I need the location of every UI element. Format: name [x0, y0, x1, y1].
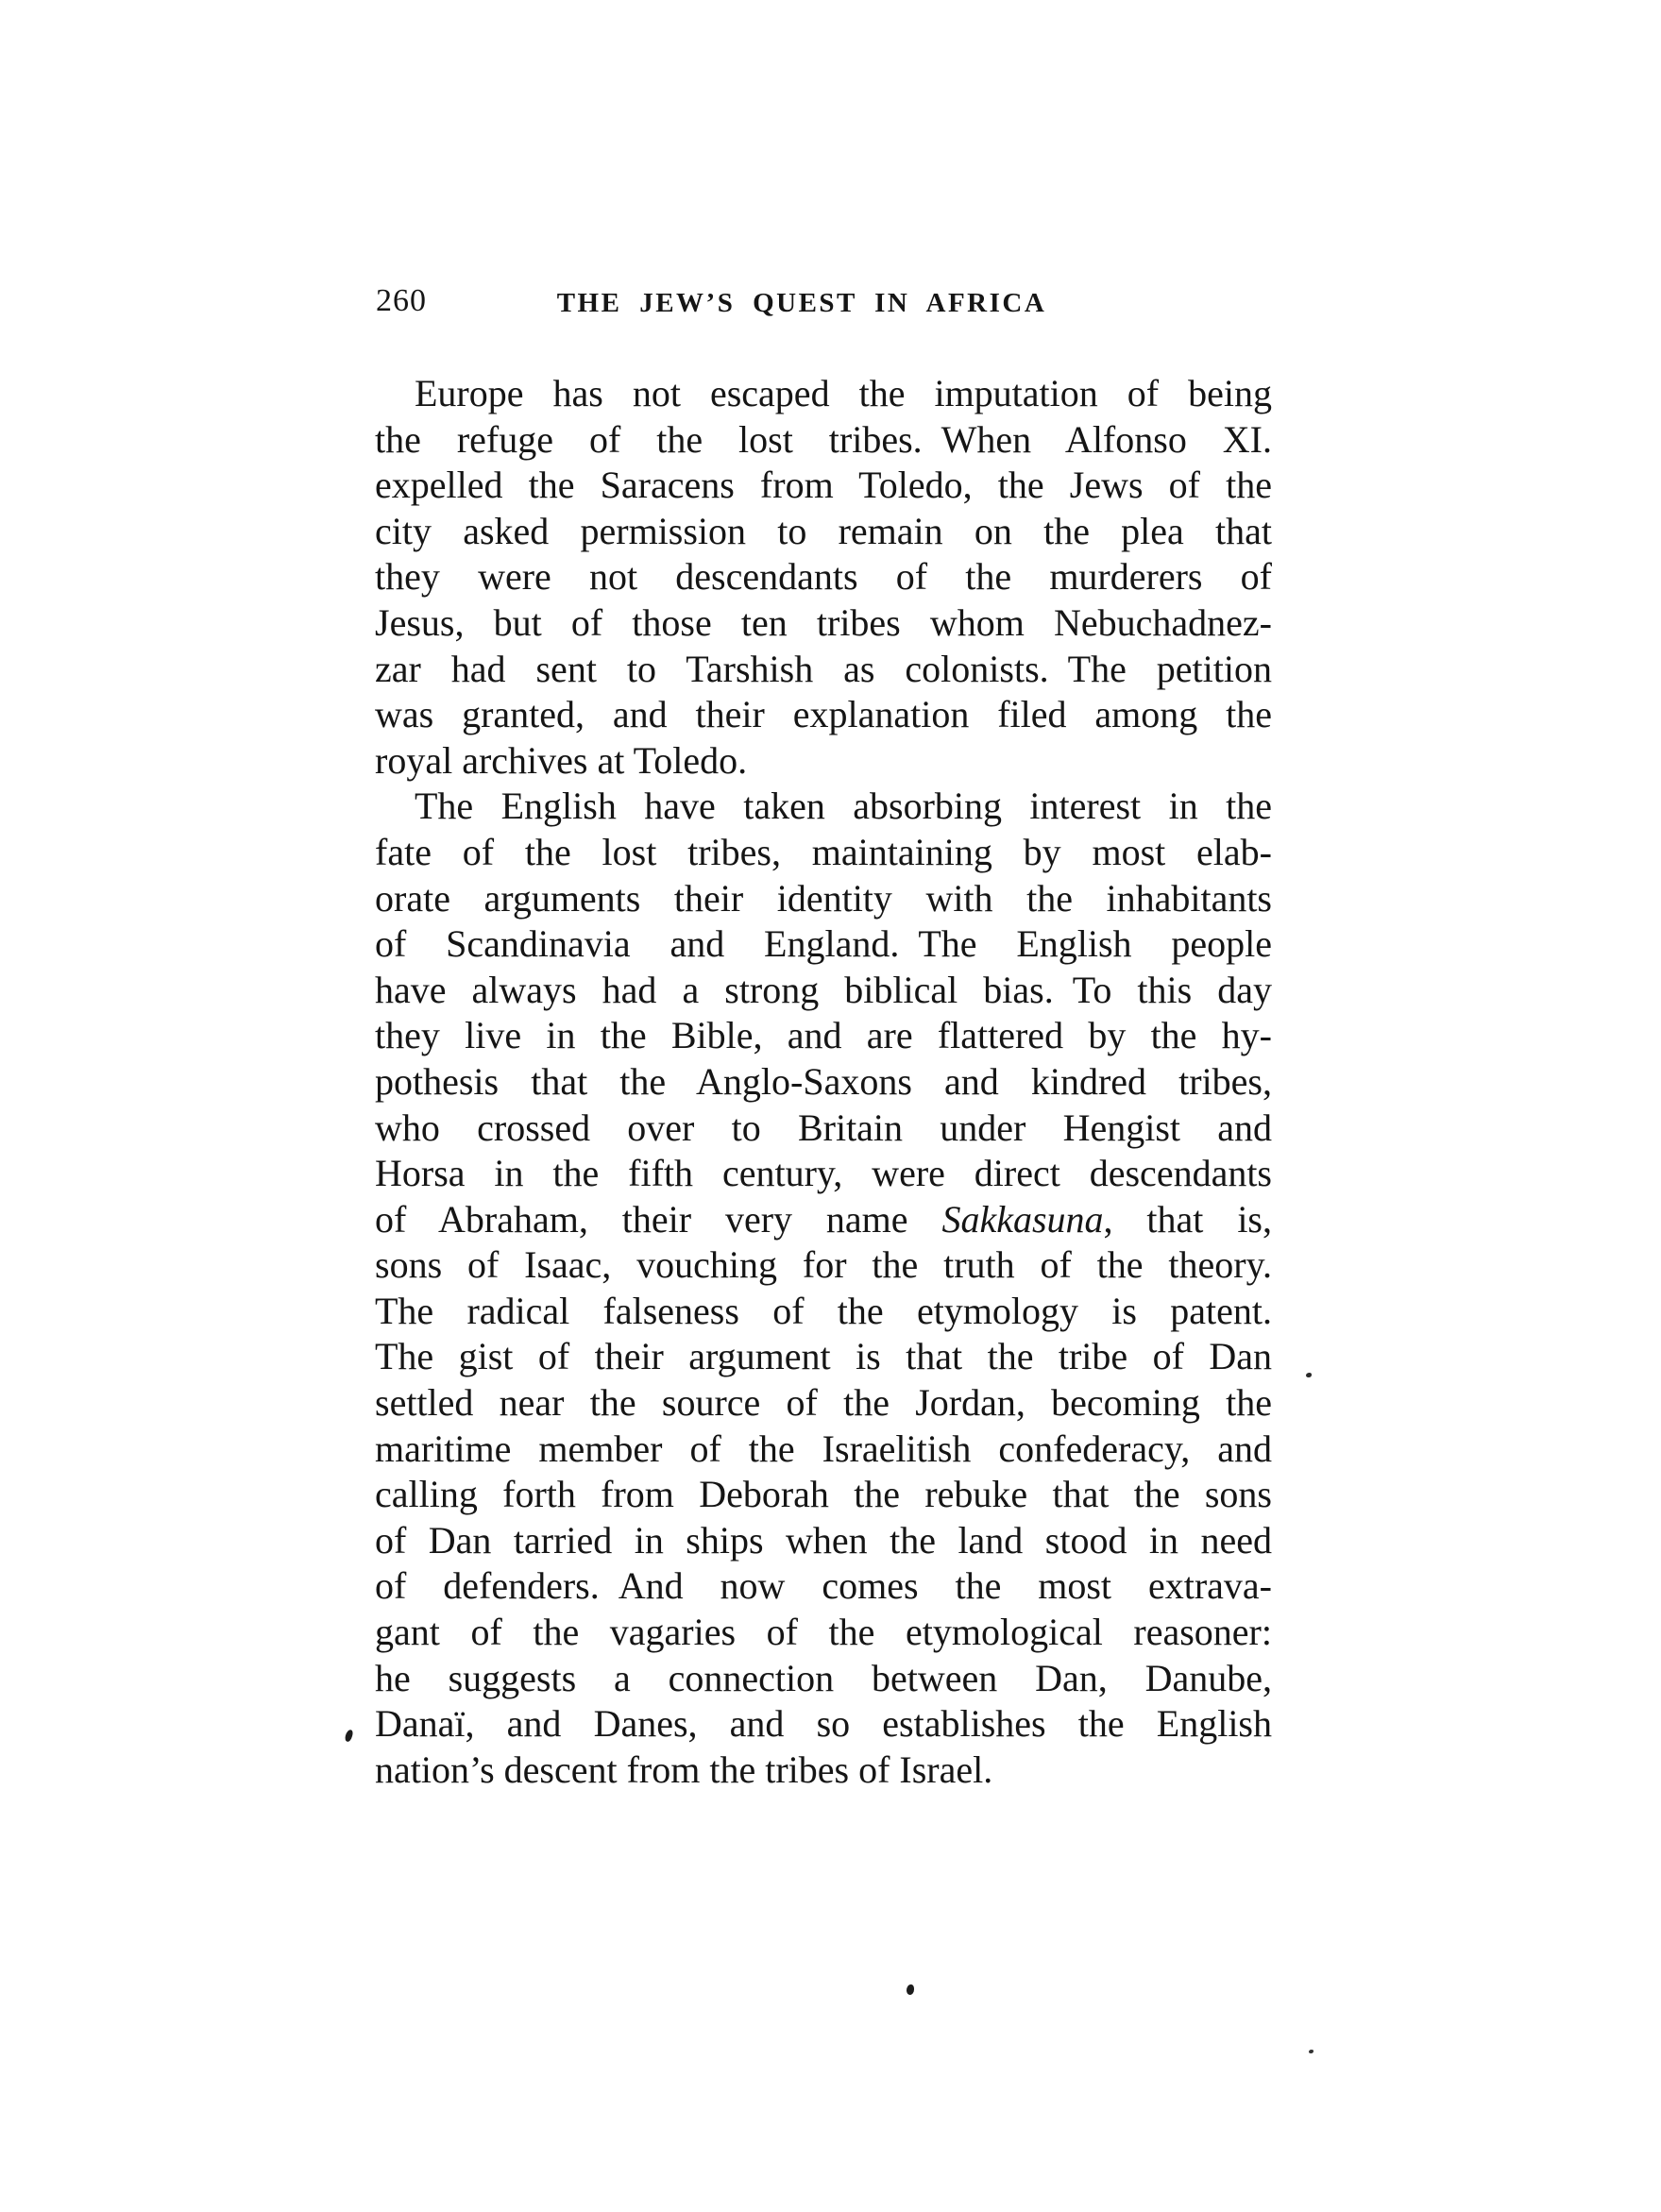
book-page: 260 THE JEW’S QUEST IN AFRICA Europe has…: [0, 0, 1661, 2212]
text-line: The gist of their argument is that the t…: [375, 1334, 1272, 1380]
ink-speck: [907, 1984, 914, 1995]
text-line: sons of Isaac, vouching for the truth of…: [375, 1242, 1272, 1289]
text-line: pothesis that the Anglo-Saxons and kindr…: [375, 1059, 1272, 1106]
text-line: maritime member of the Israelitish confe…: [375, 1427, 1272, 1473]
text-line: of Abraham, their very name Sakkasuna, t…: [375, 1197, 1272, 1243]
text-line: of defenders. And now comes the most ext…: [375, 1563, 1272, 1610]
italic-word: Sakkasuna: [941, 1198, 1103, 1241]
text-line: gant of the vagaries of the etymological…: [375, 1610, 1272, 1656]
text-line: orate arguments their identity with the …: [375, 876, 1272, 922]
text-line: of Scandinavia and England. The English …: [375, 921, 1272, 968]
text-line: they were not descendants of the murdere…: [375, 554, 1272, 600]
text-line: fate of the lost tribes, maintaining by …: [375, 830, 1272, 876]
text-line: have always had a strong biblical bias. …: [375, 968, 1272, 1014]
text-line: settled near the source of the Jordan, b…: [375, 1380, 1272, 1427]
text-line: expelled the Saracens from Toledo, the J…: [375, 463, 1272, 509]
text-line: who crossed over to Britain under Hengis…: [375, 1106, 1272, 1152]
page-header: 260 THE JEW’S QUEST IN AFRICA: [375, 282, 1272, 324]
text-line: zar had sent to Tarshish as colonists. T…: [375, 647, 1272, 693]
text-line: they live in the Bible, and are flattere…: [375, 1013, 1272, 1059]
body-text: Europe has not escaped the imputation of…: [375, 371, 1272, 1793]
text-line: Jesus, but of those ten tribes whom Nebu…: [375, 600, 1272, 647]
text-line: The radical falseness of the etymology i…: [375, 1289, 1272, 1335]
ink-speck: [345, 1729, 354, 1742]
text-line: nation’s descent from the tribes of Isra…: [375, 1748, 1272, 1794]
page-number: 260: [376, 283, 427, 319]
text-line: the refuge of the lost tribes. When Alfo…: [375, 417, 1272, 464]
text-line: calling forth from Deborah the rebuke th…: [375, 1472, 1272, 1518]
text-line: he suggests a connection between Dan, Da…: [375, 1656, 1272, 1702]
text-segment: of Abraham, their very name: [375, 1198, 941, 1241]
ink-speck: [1309, 2050, 1314, 2053]
text-segment: , that is,: [1104, 1198, 1272, 1241]
ink-speck: [1306, 1373, 1312, 1377]
text-line: was granted, and their explanation filed…: [375, 692, 1272, 738]
text-line: Danaï, and Danes, and so establishes the…: [375, 1701, 1272, 1748]
text-line: city asked permission to remain on the p…: [375, 509, 1272, 555]
text-line: The English have taken absorbing interes…: [375, 784, 1272, 830]
running-title: THE JEW’S QUEST IN AFRICA: [557, 288, 1047, 319]
text-line: Horsa in the fifth century, were direct …: [375, 1151, 1272, 1197]
text-line: of Dan tarried in ships when the land st…: [375, 1518, 1272, 1564]
text-line: Europe has not escaped the imputation of…: [375, 371, 1272, 417]
text-line: royal archives at Toledo.: [375, 738, 1272, 785]
